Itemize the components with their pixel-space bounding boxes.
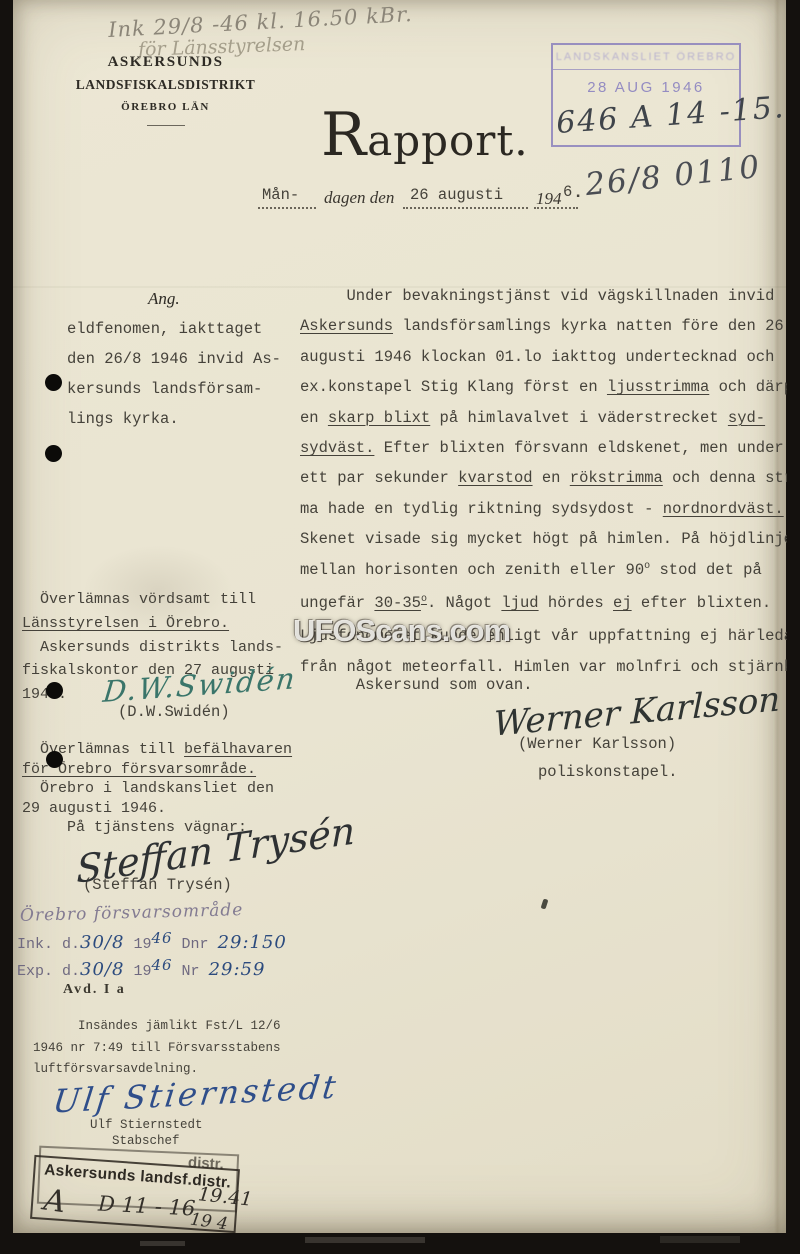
scan-debris — [305, 1237, 425, 1243]
text-line: Skenet visade sig mycket högt på himlen.… — [300, 524, 787, 554]
registry-stamp-lines: Ink. d.30/8 1946 Dnr 29:150Exp. d.30/8 1… — [17, 930, 287, 984]
letterhead-line2: LANDSFISKALSDISTRIKT — [58, 77, 273, 93]
punch-hole — [46, 751, 63, 768]
text-line: Länsstyrelsen i Örebro. — [22, 612, 283, 636]
receipt-stamp-divider — [553, 69, 739, 70]
dispatch-role: Stabschef — [112, 1134, 180, 1148]
text-line: augusti 1946 klockan 01.lo iakttog under… — [300, 342, 787, 372]
text-line: Askersunds landsförsamlings kyrka natten… — [300, 311, 787, 341]
text-line: Örebro i landskansliet den — [22, 779, 292, 799]
text-line: Överlämnas vördsamt till — [22, 588, 283, 612]
dateline-date: 26 augusti — [410, 186, 503, 204]
bottom-stamp-hand-initial: A — [42, 1183, 68, 1221]
ink-blot — [541, 898, 549, 909]
text-line: en skarp blixt på himlavalvet i väderstr… — [300, 403, 787, 433]
text-line: Askersunds distrikts lands- — [22, 636, 283, 660]
text-line: Ink. d.30/8 1946 Dnr 29:150 — [17, 930, 287, 957]
closing-line: Askersund som ovan. — [300, 676, 533, 694]
text-line: Insändes jämlikt Fst/L 12/6 — [33, 1016, 281, 1038]
text-line: sydväst. Efter blixten försvann eldskene… — [300, 433, 787, 463]
letterhead: ASKERSUNDS LANDSFISKALSDISTRIKT ÖREBRO L… — [58, 54, 273, 126]
dateline-year-typed: 6 — [563, 183, 572, 201]
dateline-day-prefix: Mån- — [262, 186, 299, 204]
punch-hole — [45, 445, 62, 462]
scanned-document-page: { "watermark": "UFOScans.com", "pencil_n… — [0, 0, 800, 1254]
registration-note: 26/8 0110 — [584, 149, 763, 203]
bottom-stamp-hand-line: D 11 - 16 — [97, 1191, 196, 1220]
dotted-line — [534, 206, 578, 209]
letterhead-line1: ASKERSUNDS — [58, 54, 273, 71]
dateline: Mån- dagen den 26 augusti 194 6 . — [258, 186, 588, 212]
dateline-printed: dagen den — [324, 188, 394, 208]
text-line: ma hade en tydlig riktning sydsydost - n… — [300, 494, 787, 524]
report-title: Rapport. — [321, 100, 529, 170]
dotted-line — [258, 206, 316, 209]
text-line: lings kyrka. — [67, 404, 281, 434]
text-line: 29 augusti 1946. — [22, 799, 292, 819]
scan-debris — [140, 1241, 185, 1246]
dispatch-text: Insändes jämlikt Fst/L 12/61946 nr 7:49 … — [33, 1016, 281, 1081]
letterhead-line3: ÖREBRO LÄN — [58, 101, 273, 113]
scan-debris — [660, 1236, 740, 1243]
letterhead-rule — [147, 125, 185, 126]
text-line: den 26/8 1946 invid As- — [67, 344, 281, 374]
text-line: eldfenomen, iakttaget — [67, 314, 281, 344]
text-line: ex.konstapel Stig Klang först en ljusstr… — [300, 372, 787, 402]
text-line: mellan horisonten och zenith eller 90o s… — [300, 555, 787, 588]
text-line: för Örebro försvarsområde. — [22, 760, 292, 780]
subject-label: Ang. — [148, 289, 180, 309]
receipt-stamp-date: 28 AUG 1946 — [553, 79, 739, 96]
text-line: 1946 nr 7:49 till Försvarsstabens — [33, 1038, 281, 1060]
text-line: ett par sekunder kvarstod en rökstrimma … — [300, 463, 787, 493]
watermark: UFOScans.com — [293, 613, 510, 649]
text-line: Exp. d.30/8 1946 Nr 29:59 — [17, 957, 287, 984]
punch-hole — [45, 374, 62, 391]
registry-stamp-title: Örebro försvarsområde — [20, 900, 244, 926]
text-line: kersunds landsförsam- — [67, 374, 281, 404]
subject-text: eldfenomen, iakttagetden 26/8 1946 invid… — [67, 314, 281, 434]
dispatch-name: Ulf Stiernstedt — [90, 1118, 203, 1132]
registry-avd: Avd. I a — [63, 982, 126, 998]
dotted-line — [403, 206, 528, 209]
bottom-stamp-hand-date2: 19 4 — [189, 1209, 229, 1234]
punch-hole — [46, 682, 63, 699]
signature-werner-role: poliskonstapel. — [538, 763, 678, 781]
receipt-stamp-office: LANDSKANSLIET ÖREBRO — [553, 51, 739, 63]
bottom-stamp: distr. Askersunds landsf.distr. A D 11 -… — [30, 1150, 260, 1236]
text-line: Under bevakningstjänst vid vägskillnaden… — [300, 281, 787, 311]
dateline-period: . — [573, 184, 583, 203]
